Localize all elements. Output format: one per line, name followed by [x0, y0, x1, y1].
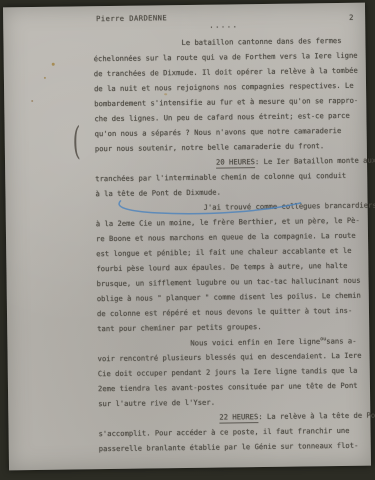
underlined-heading: 22 HEURES: [219, 412, 258, 423]
typed-text: tranchées par l'interminable chemin de c…: [95, 171, 346, 183]
separator-dots: .....: [209, 20, 238, 29]
typed-text: de colonne est répéré et nous devons le …: [97, 306, 352, 318]
paper-speck: [44, 77, 46, 79]
typed-text: tant pour cheminer par petits groupes.: [97, 322, 262, 333]
page-number: 2: [349, 13, 353, 22]
typed-text: est longue et pénible; il fait une chale…: [96, 246, 351, 258]
typed-text: fourbi pèse lourd aux épaules. De temps …: [96, 261, 347, 273]
paper-speck: [164, 93, 167, 95]
typed-text: qu'on nous a séparés ? Nous n'avons que …: [95, 126, 342, 138]
underlined-heading: 20 HEURES: [216, 157, 255, 168]
handwritten-margin-parenthesis: (: [73, 124, 83, 162]
typed-text: Le bataillon cantonne dans des fermes: [181, 36, 341, 47]
typed-text: che des lignes. Un peu de cafard nous ét…: [94, 111, 349, 123]
typed-text: : Le Ier Bataillon monte aux: [255, 156, 375, 167]
paper-speck: [31, 100, 33, 102]
paper-sheet: Pierre DARDENNE 2 ..... Le bataillon can…: [3, 3, 371, 471]
typed-text: Nous voici enfin en Iere ligne: [190, 337, 320, 348]
typed-line: passerelle branlante établie par le Géni…: [99, 441, 371, 460]
blue-pencil-stroke: [119, 199, 301, 215]
typed-text: s'accomplit. Pour accéder à ce poste, il…: [99, 426, 350, 438]
typed-text: : La relève à la tête de Pont: [258, 410, 375, 421]
typed-text-block: Le bataillon cantonne dans des fermeséch…: [93, 36, 370, 460]
typed-text: pour nous soutenir, notre belle camarade…: [95, 141, 324, 153]
typed-text: sur l'autre rive de l'Yser.: [98, 398, 215, 409]
paper-speck: [52, 63, 55, 66]
scanned-document-view: Pierre DARDENNE 2 ..... Le bataillon can…: [0, 0, 375, 480]
typed-text: sans a-: [326, 336, 356, 345]
document-author: Pierre DARDENNE: [96, 13, 167, 23]
blue-pencil-underline: [108, 195, 306, 222]
